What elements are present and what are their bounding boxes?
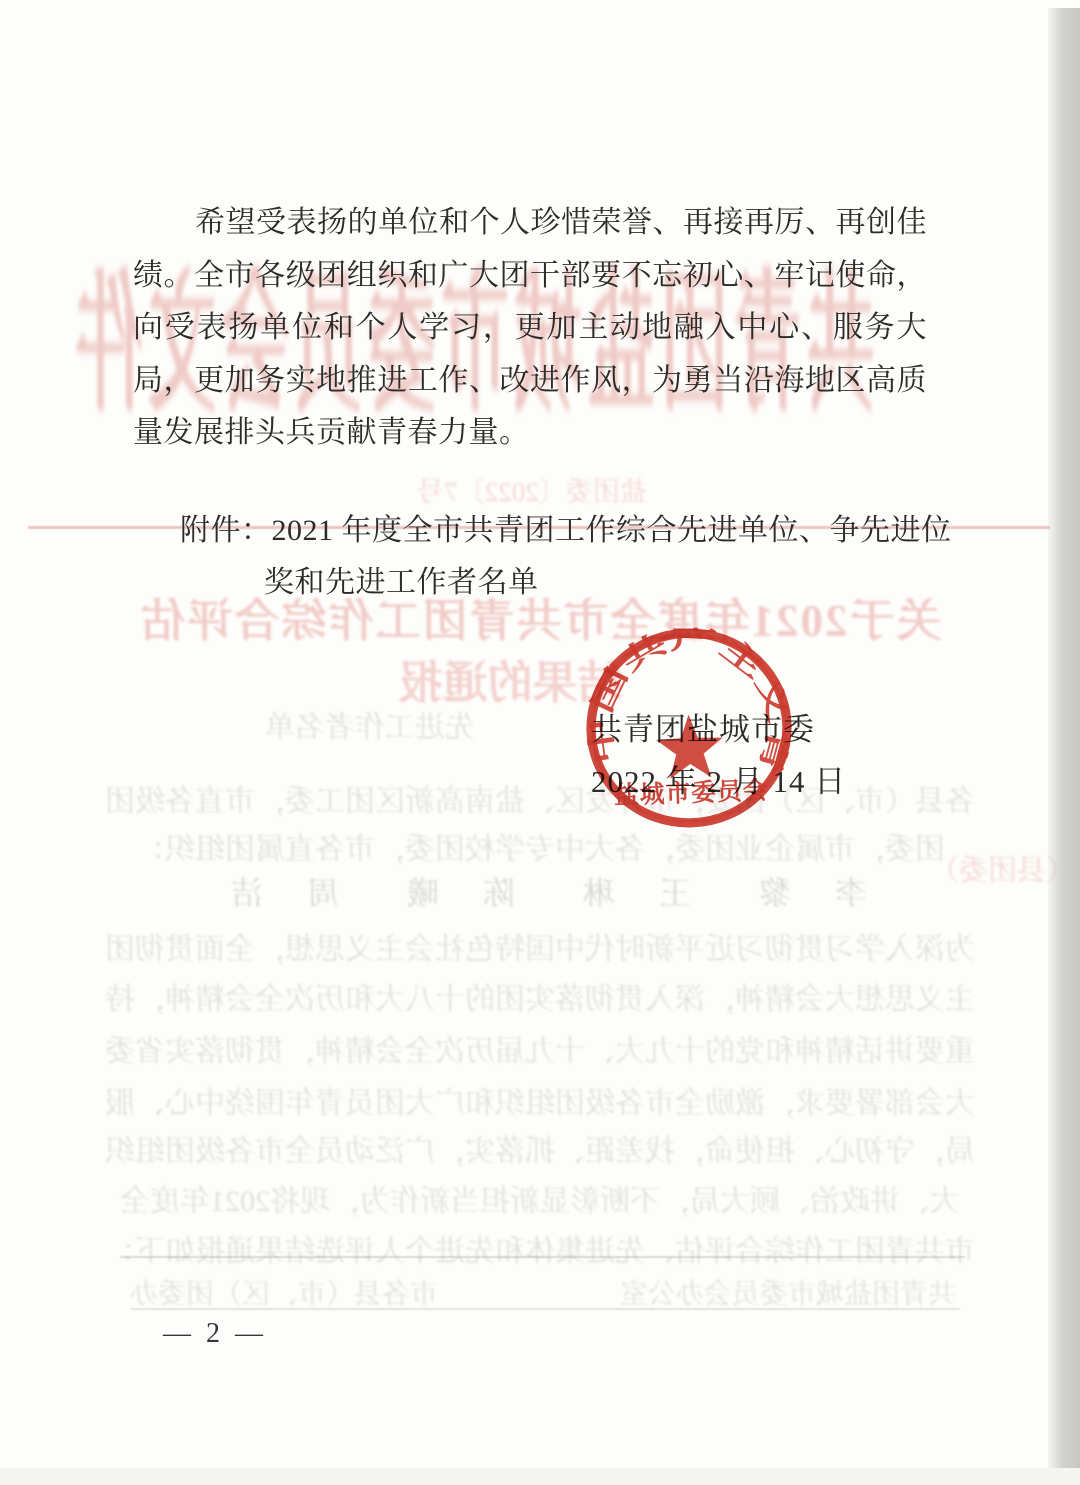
scan-edge-right bbox=[1048, 8, 1080, 1470]
page-number: — 2 — bbox=[163, 1318, 267, 1350]
bleedthrough-row: 大、讲政治、顾大局，不断彰显新担当新作为，现将2021年度全 bbox=[0, 1176, 1080, 1220]
bleedthrough-title-line2: 结果的通报 bbox=[0, 646, 1050, 711]
bleedthrough-row: 重要讲话精神和党的十九大、十九届历次全会精神，贯彻落实省委 bbox=[0, 1026, 1080, 1070]
scanned-document-page: { "page": { "background": "#fdfdfb", "nu… bbox=[0, 0, 1080, 1485]
bleedthrough-gray-rule bbox=[120, 1256, 965, 1258]
bleedthrough-row: 团委，市属企业团委，各大中专学校团委，市各直属团组织： bbox=[0, 824, 1080, 868]
star-icon bbox=[655, 713, 724, 779]
bleedthrough-row: 主义思想大会精神，深入贯彻落实团的十八大和历次全会精神，持 bbox=[0, 974, 1080, 1018]
official-seal: 中国共产主义青年团 盐城市委员会 bbox=[582, 624, 797, 831]
bleedthrough-title-line1: 关于2021年度全市共青团工作综合评估 bbox=[0, 584, 1080, 649]
bleedthrough-gray-rule-2 bbox=[130, 1308, 960, 1310]
bleedthrough-row: 为深入学习贯彻习近平新时代中国特色社会主义思想，全面贯彻团 bbox=[0, 924, 1080, 968]
attachment-line-1: 附件：2021 年度全市共青团工作综合先进单位、争先进位 bbox=[180, 505, 952, 549]
scan-edge-bottom bbox=[0, 1468, 1080, 1485]
bleedthrough-footer-right: 共青团盐城市委员会办公室 bbox=[620, 1272, 956, 1312]
bleedthrough-row: 局，守初心、担使命，找差距、抓落实，广泛动员全市各级团组织 bbox=[0, 1126, 1080, 1170]
bleedthrough-row: 大会部署要求，激励全市各级团组织和广大团员青年围绕中心、服 bbox=[0, 1078, 1080, 1122]
bleedthrough-row: 市共青团工作综合评估、先进集体和先进个人评选结果通报如下： bbox=[0, 1226, 1080, 1270]
seal-bottom-text: 盐城市委员会 bbox=[614, 775, 770, 809]
bleedthrough-row: 各县（市、区）团委，市开发区、盐南高新区团工委，市直各级团 bbox=[0, 776, 1080, 820]
bleedthrough-names-row: 李 黎 王 琳 陈 曦 周 洁 bbox=[0, 868, 1080, 914]
bleedthrough-doc-number: 盐团委〔2022〕7号 bbox=[0, 470, 1072, 509]
body-paragraph: 希望受表扬的单位和个人珍惜荣誉、再接再厉、再创佳绩。全市各级团组织和广大团干部要… bbox=[133, 197, 927, 460]
bleedthrough-footer-left: 市各县（市、区）团委办 bbox=[130, 1272, 438, 1312]
attachment-line-2: 奖和先进工作者名单 bbox=[264, 557, 539, 601]
